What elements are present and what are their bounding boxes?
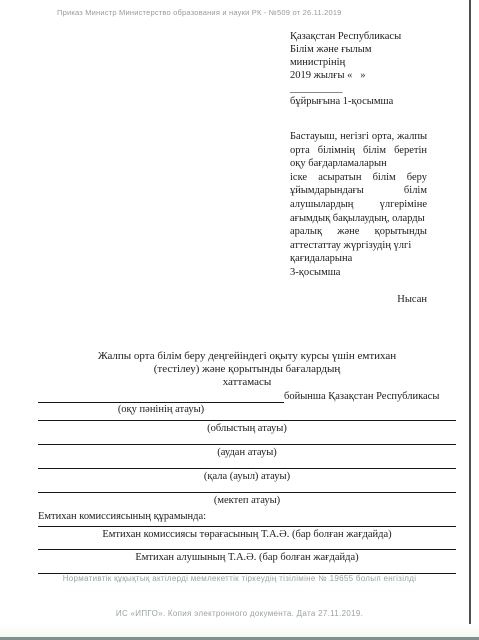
field-caption: (қала (ауыл) атауы) [38,469,456,483]
title-line-2: (тестілеу) және қорытынды бағалардың [38,363,456,376]
rules-segment: аралық және қорытынды аттестаттау жүргіз… [290,225,427,252]
form-label: Нысан [290,293,427,306]
field-caption: (облыстың атауы) [38,421,456,435]
title-line-1: Жалпы орта білім беру деңгейіндегі оқыту… [38,350,456,363]
rules-reference-paragraph: Бастауыш, негізгі орта, жалпы орта білім… [290,130,427,280]
subject-field-row: бойынша Қазақстан Республикасы [38,390,456,403]
rules-appendix-number: 3-қосымша [290,266,427,280]
fill-in-field-district: (аудан атауы) [38,444,456,459]
fill-in-field-examiner: Емтихан алушының Т.А.Ә. (бар болған жағд… [38,549,456,564]
commission-heading: Емтихан комиссиясының құрамында: [38,510,456,523]
fill-in-field-city: (қала (ауыл) атауы) [38,468,456,483]
electronic-copy-footer: ИС «ИПГО». Копия электронного документа.… [0,609,479,618]
appendix-org-line: министрінің [290,56,427,69]
order-header: Приказ Министр Министерство образования … [57,8,342,17]
subject-fill-in-line [38,390,284,403]
page-right-edge-line [469,0,471,627]
field-caption: (мектеп атауы) [38,493,456,507]
appendix-blank-underline: __________ [290,82,427,95]
rules-segment: Бастауыш, негізгі орта, жалпы орта білім… [290,130,427,171]
appendix-org-line: Қазақстан Республикасы [290,30,427,43]
protocol-form: Жалпы орта білім беру деңгейіндегі оқыту… [38,350,456,574]
rules-segment: қағидаларына [290,252,427,266]
registration-footer: Нормативтік құқықтық актілерді мемлекетт… [0,574,479,583]
appendix-reference-block: Қазақстан Республикасы Білім және ғылым … [290,30,427,306]
document-page: Приказ Министр Министерство образования … [0,0,479,640]
subject-suffix-text: бойынша Қазақстан Республикасы [284,391,439,403]
title-line-3: хаттамасы [38,376,456,389]
field-caption: Емтихан алушының Т.А.Ә. (бар болған жағд… [38,550,456,564]
appendix-org-line: Білім және ғылым [290,43,427,56]
appendix-date-line: 2019 жылғы « » [290,69,427,82]
fill-in-field-region: (облыстың атауы) [38,420,456,435]
rules-segment: іске асыратын білім беру ұйымдарындағы б… [290,171,427,225]
document-title: Жалпы орта білім беру деңгейіндегі оқыту… [38,350,456,389]
fill-in-field-school: (мектеп атауы) [38,492,456,507]
appendix-ref-line: бұйрығына 1-қосымша [290,95,427,108]
field-caption: Емтихан комиссиясы төрағасының Т.А.Ә. (б… [38,527,456,541]
fill-in-field-chair: Емтихан комиссиясы төрағасының Т.А.Ә. (б… [38,526,456,541]
subject-field-caption: (оқу пәнінің атауы) [38,403,284,416]
field-caption: (аудан атауы) [38,445,456,459]
page-bottom-edge-bar [0,624,479,640]
